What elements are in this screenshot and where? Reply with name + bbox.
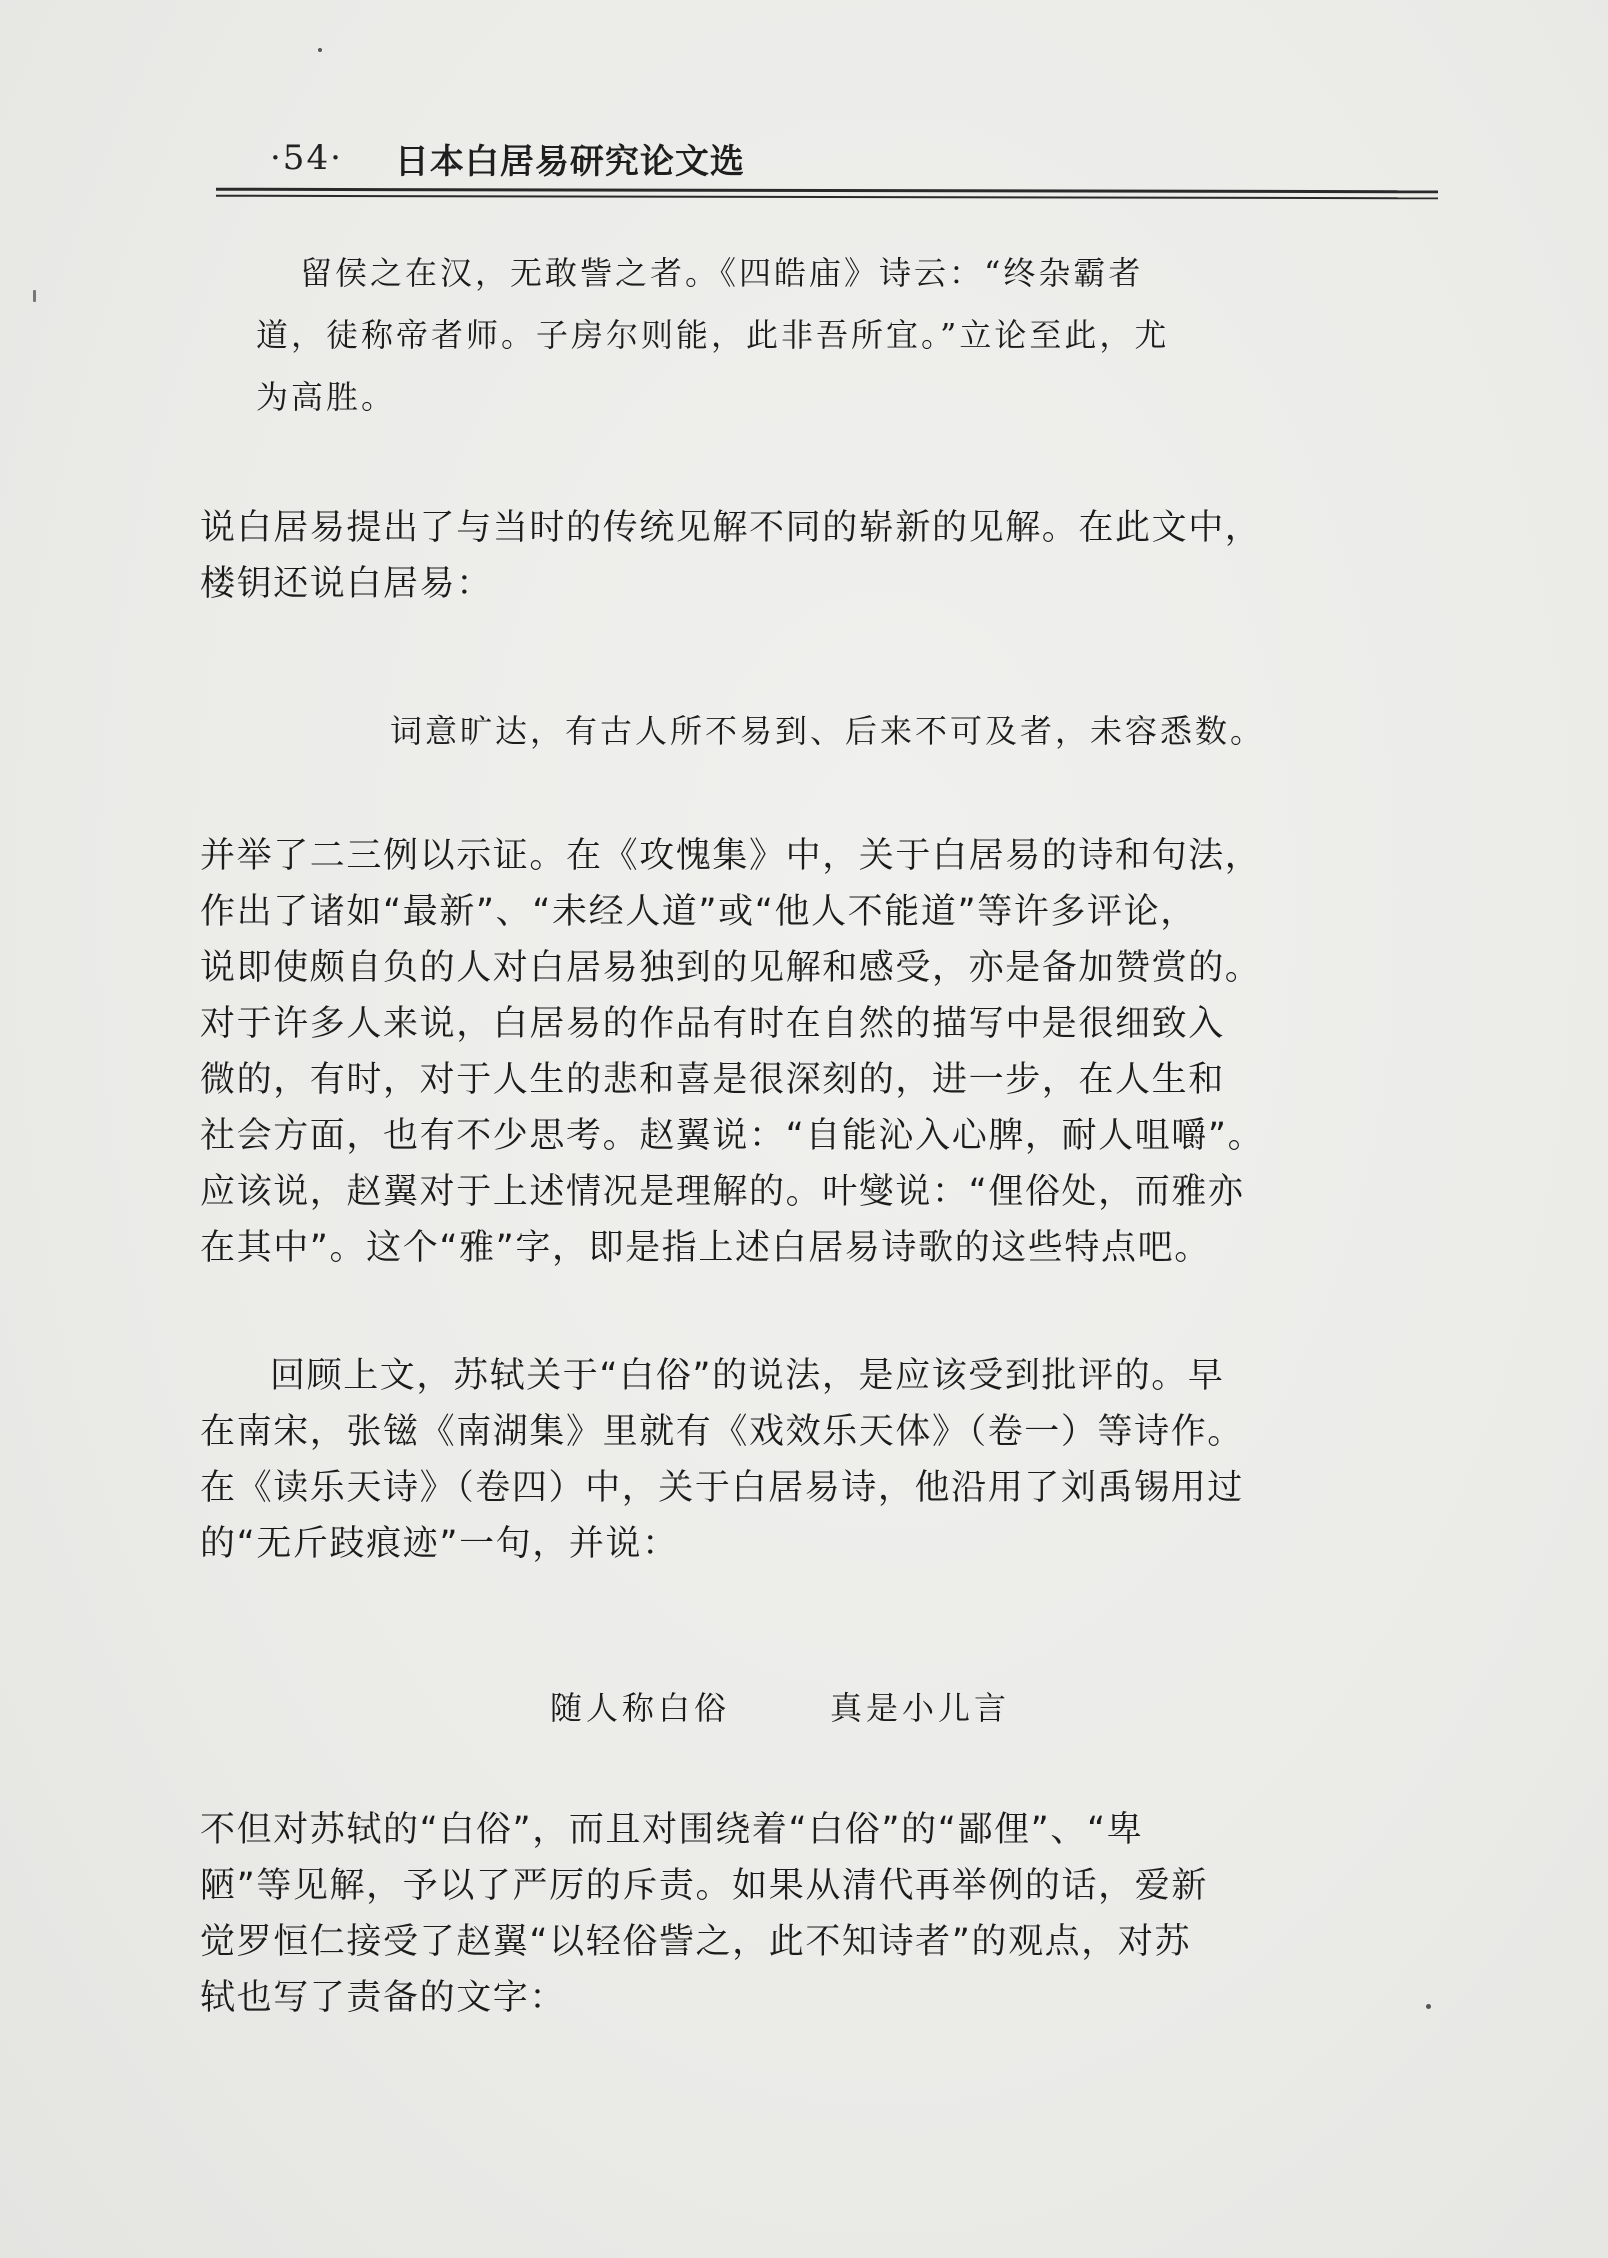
text-line: 轼也写了责备的文字：: [200, 1970, 1430, 2026]
text-line: 不但对苏轼的“白俗”，而且对围绕着“白俗”的“鄙俚”、“卑: [200, 1802, 1430, 1858]
text-line: 作出了诸如“最新”、“未经人道”或“他人不能道”等许多评论，: [200, 884, 1430, 940]
paragraph-review: 回顾上文，苏轼关于“白俗”的说法，是应该受到批评的。早 在南宋，张镃《南湖集》里…: [200, 1348, 1430, 1572]
text-line: 微的，有时，对于人生的悲和喜是很深刻的，进一步，在人生和: [200, 1052, 1430, 1108]
book-title: 日本白居易研究论文选: [395, 134, 745, 183]
text-line: 在其中”。这个“雅”字，即是指上述白居易诗歌的这些特点吧。: [200, 1220, 1430, 1276]
verse-couplet: 随人称白俗 真是小儿言: [550, 1683, 1010, 1729]
text-line: 回顾上文，苏轼关于“白俗”的说法，是应该受到批评的。早: [200, 1348, 1430, 1404]
verse-line: 随人称白俗: [550, 1683, 730, 1729]
paragraph-commentary: 并举了二三例以示证。在《攻愧集》中，关于白居易的诗和句法， 作出了诸如“最新”、…: [200, 828, 1430, 1276]
paper-speck: [678, 1475, 682, 1480]
book-page: ·54· 日本白居易研究论文选 留侯之在汉，无敢訾之者。《四皓庙》诗云：“终杂霸…: [0, 0, 1608, 2258]
header-double-rule: [216, 188, 1438, 200]
quote-line: 为高胜。: [256, 366, 1430, 428]
quote-line: 留侯之在汉，无敢訾之者。《四皓庙》诗云：“终杂霸者: [300, 242, 1430, 304]
text-line: 楼钥还说白居易：: [200, 556, 1430, 612]
text-line: 觉罗恒仁接受了赵翼“以轻俗訾之，此不知诗者”的观点，对苏: [200, 1914, 1430, 1970]
text-line: 并举了二三例以示证。在《攻愧集》中，关于白居易的诗和句法，: [200, 828, 1430, 884]
quote-line: 道，徒称帝者师。子房尔则能，此非吾所宜。”立论至此，尤: [256, 304, 1430, 366]
paragraph-criticism: 不但对苏轼的“白俗”，而且对围绕着“白俗”的“鄙俚”、“卑 陋”等见解，予以了严…: [200, 1802, 1430, 2026]
text-line: 应该说，赵翼对于上述情况是理解的。叶燮说：“俚俗处，而雅亦: [200, 1164, 1430, 1220]
text-line: 在《读乐天诗》（卷四）中，关于白居易诗，他沿用了刘禹锡用过: [200, 1460, 1430, 1516]
page-number: ·54·: [270, 138, 343, 178]
text-line: 说白居易提出了与当时的传统见解不同的崭新的见解。在此文中，: [200, 500, 1430, 556]
verse-line: 真是小儿言: [830, 1683, 1010, 1729]
paragraph-lou-yao: 说白居易提出了与当时的传统见解不同的崭新的见解。在此文中， 楼钥还说白居易：: [200, 500, 1430, 612]
text-line: 对于许多人来说，白居易的作品有时在自然的描写中是很细致入: [200, 996, 1430, 1052]
text-line: 陋”等见解，予以了严厉的斥责。如果从清代再举例的话，爱新: [200, 1858, 1430, 1914]
paper-speck: [318, 48, 322, 52]
text-line: 在南宋，张镃《南湖集》里就有《戏效乐天体》（卷一）等诗作。: [200, 1404, 1430, 1460]
text-line: 社会方面，也有不少思考。赵翼说：“自能沁入心脾，耐人咀嚼”。: [200, 1108, 1430, 1164]
quote-line: 词意旷达，有古人所不易到、后来不可及者，未容悉数。: [390, 700, 1450, 762]
running-header: ·54· 日本白居易研究论文选: [270, 128, 745, 188]
block-quote-lou-yao: 词意旷达，有古人所不易到、后来不可及者，未容悉数。: [390, 700, 1450, 762]
text-line: 说即使颇自负的人对白居易独到的见解和感受，亦是备加赞赏的。: [200, 940, 1430, 996]
paper-speck: [1426, 2004, 1431, 2009]
text-line: 的“无斤跂痕迹”一句，并说：: [200, 1516, 1430, 1572]
block-quote-sigao-temple: 留侯之在汉，无敢訾之者。《四皓庙》诗云：“终杂霸者 道，徒称帝者师。子房尔则能，…: [300, 242, 1430, 428]
paper-mark: [33, 290, 36, 302]
